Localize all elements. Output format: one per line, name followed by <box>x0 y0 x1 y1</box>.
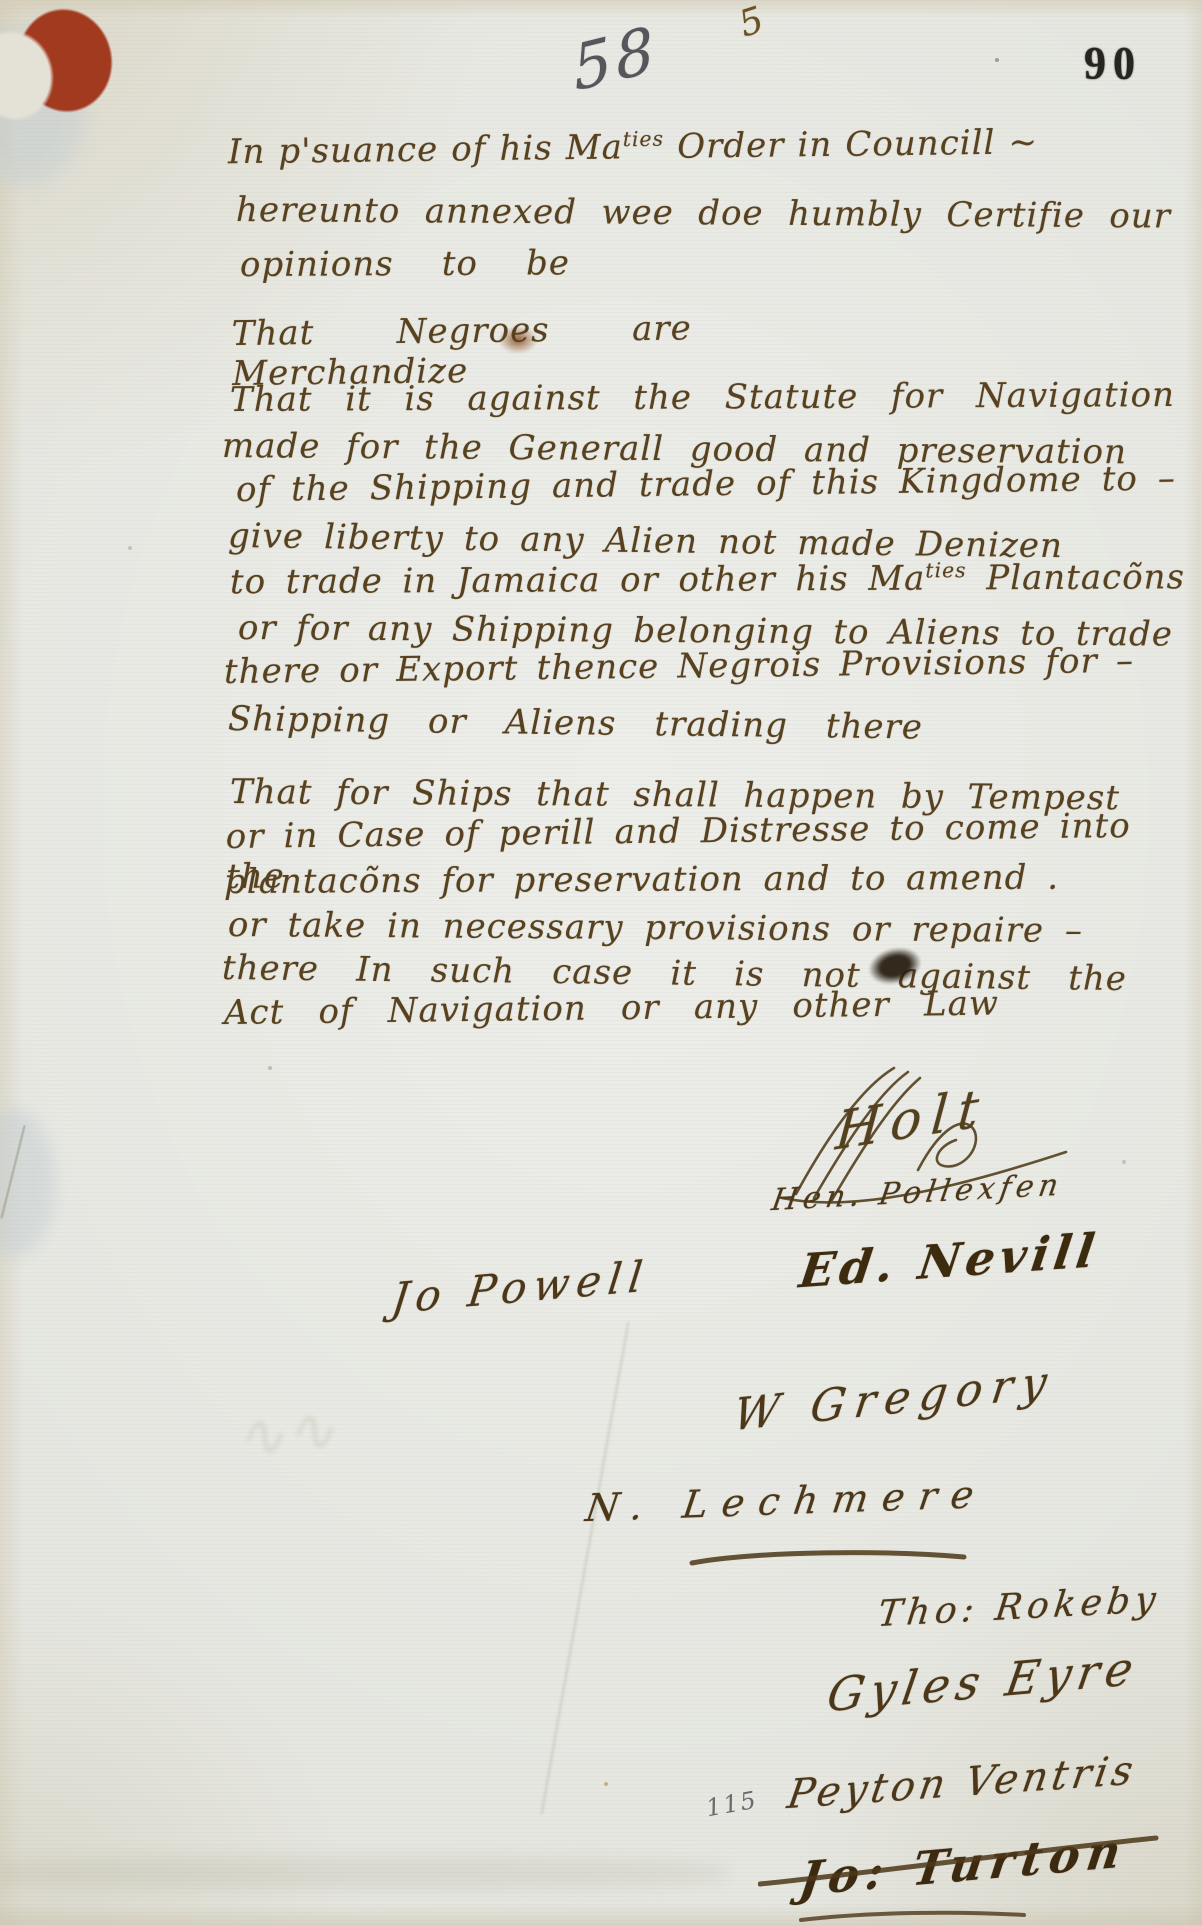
paper-crack <box>0 1125 25 1219</box>
paper-crease <box>541 1322 630 1815</box>
signature-holt: Holt <box>833 1077 991 1163</box>
manuscript-line: Shipping or Aliens trading there <box>228 699 923 747</box>
archival-number-pencil: 58 <box>569 11 661 105</box>
ink-speck <box>268 1066 272 1070</box>
paper-edge-bottom <box>0 1903 1202 1925</box>
signature-powell: Jo Powell <box>389 1251 652 1323</box>
signature-eyre: Gyles Eyre <box>824 1640 1143 1722</box>
ink-speck <box>604 1782 608 1786</box>
smudge-bottom <box>0 1856 730 1890</box>
line-text: Plantacõns <box>967 557 1186 598</box>
verso-show-through: ∿∿ <box>231 1377 508 1583</box>
line-text: to trade in Jamaica or other his Ma <box>230 559 926 603</box>
signature-lechmere: N. Lechmere <box>583 1472 991 1530</box>
ink-speck <box>1122 1160 1126 1164</box>
line-text: In p'suance of his Ma <box>228 127 623 172</box>
signature-ventris: Peyton Ventris <box>784 1747 1140 1818</box>
manuscript-line: Act of Navigation or any other Law <box>224 984 999 1033</box>
turton-underline-flourish <box>798 1908 1028 1924</box>
manuscript-line: hereunto annexed wee doe humbly Certifie… <box>236 190 1171 237</box>
manuscript-line: In p'suance of his Maties Order in Counc… <box>228 122 1038 172</box>
signature-nevill: Ed. Nevill <box>796 1223 1103 1299</box>
superscript-ties: ties <box>925 558 966 582</box>
manuscript-line: to trade in Jamaica or other his Maties … <box>230 557 1185 602</box>
lechmere-underline-flourish <box>688 1548 972 1568</box>
signature-pollexfen: Hen. Pollexfen <box>769 1168 1066 1219</box>
signature-rokeby: Tho: Rokeby <box>875 1579 1162 1635</box>
superscript-ties: ties <box>623 127 665 152</box>
archival-number-pencil-lower: 115 <box>704 1786 760 1823</box>
manuscript-line: opinions to be <box>240 243 570 285</box>
manuscript-page: ∿∿ 58 5 90 115 In p'suance of his Maties… <box>0 0 1202 1925</box>
signature-turton: Jo: Turton <box>796 1823 1131 1907</box>
ink-speck <box>128 546 132 550</box>
manuscript-line: That it is against the Statute for Navig… <box>230 375 1175 420</box>
signature-gregory: W Gregory <box>730 1356 1059 1442</box>
paper-edge-right <box>1184 0 1202 1925</box>
ink-speck <box>995 58 999 62</box>
wax-seal-fragment <box>0 0 146 153</box>
manuscript-line: or take in necessary provisions or repai… <box>228 905 1083 951</box>
paper-edge-top <box>0 0 1202 18</box>
paper-edge-left <box>0 0 24 1925</box>
line-text: Order in Councill ~ <box>664 122 1038 167</box>
archival-number-ink: 5 <box>734 0 768 46</box>
folio-number-stamp: 90 <box>1084 37 1142 91</box>
manuscript-line: plantacõns for preservation and to amend… <box>224 858 1059 902</box>
